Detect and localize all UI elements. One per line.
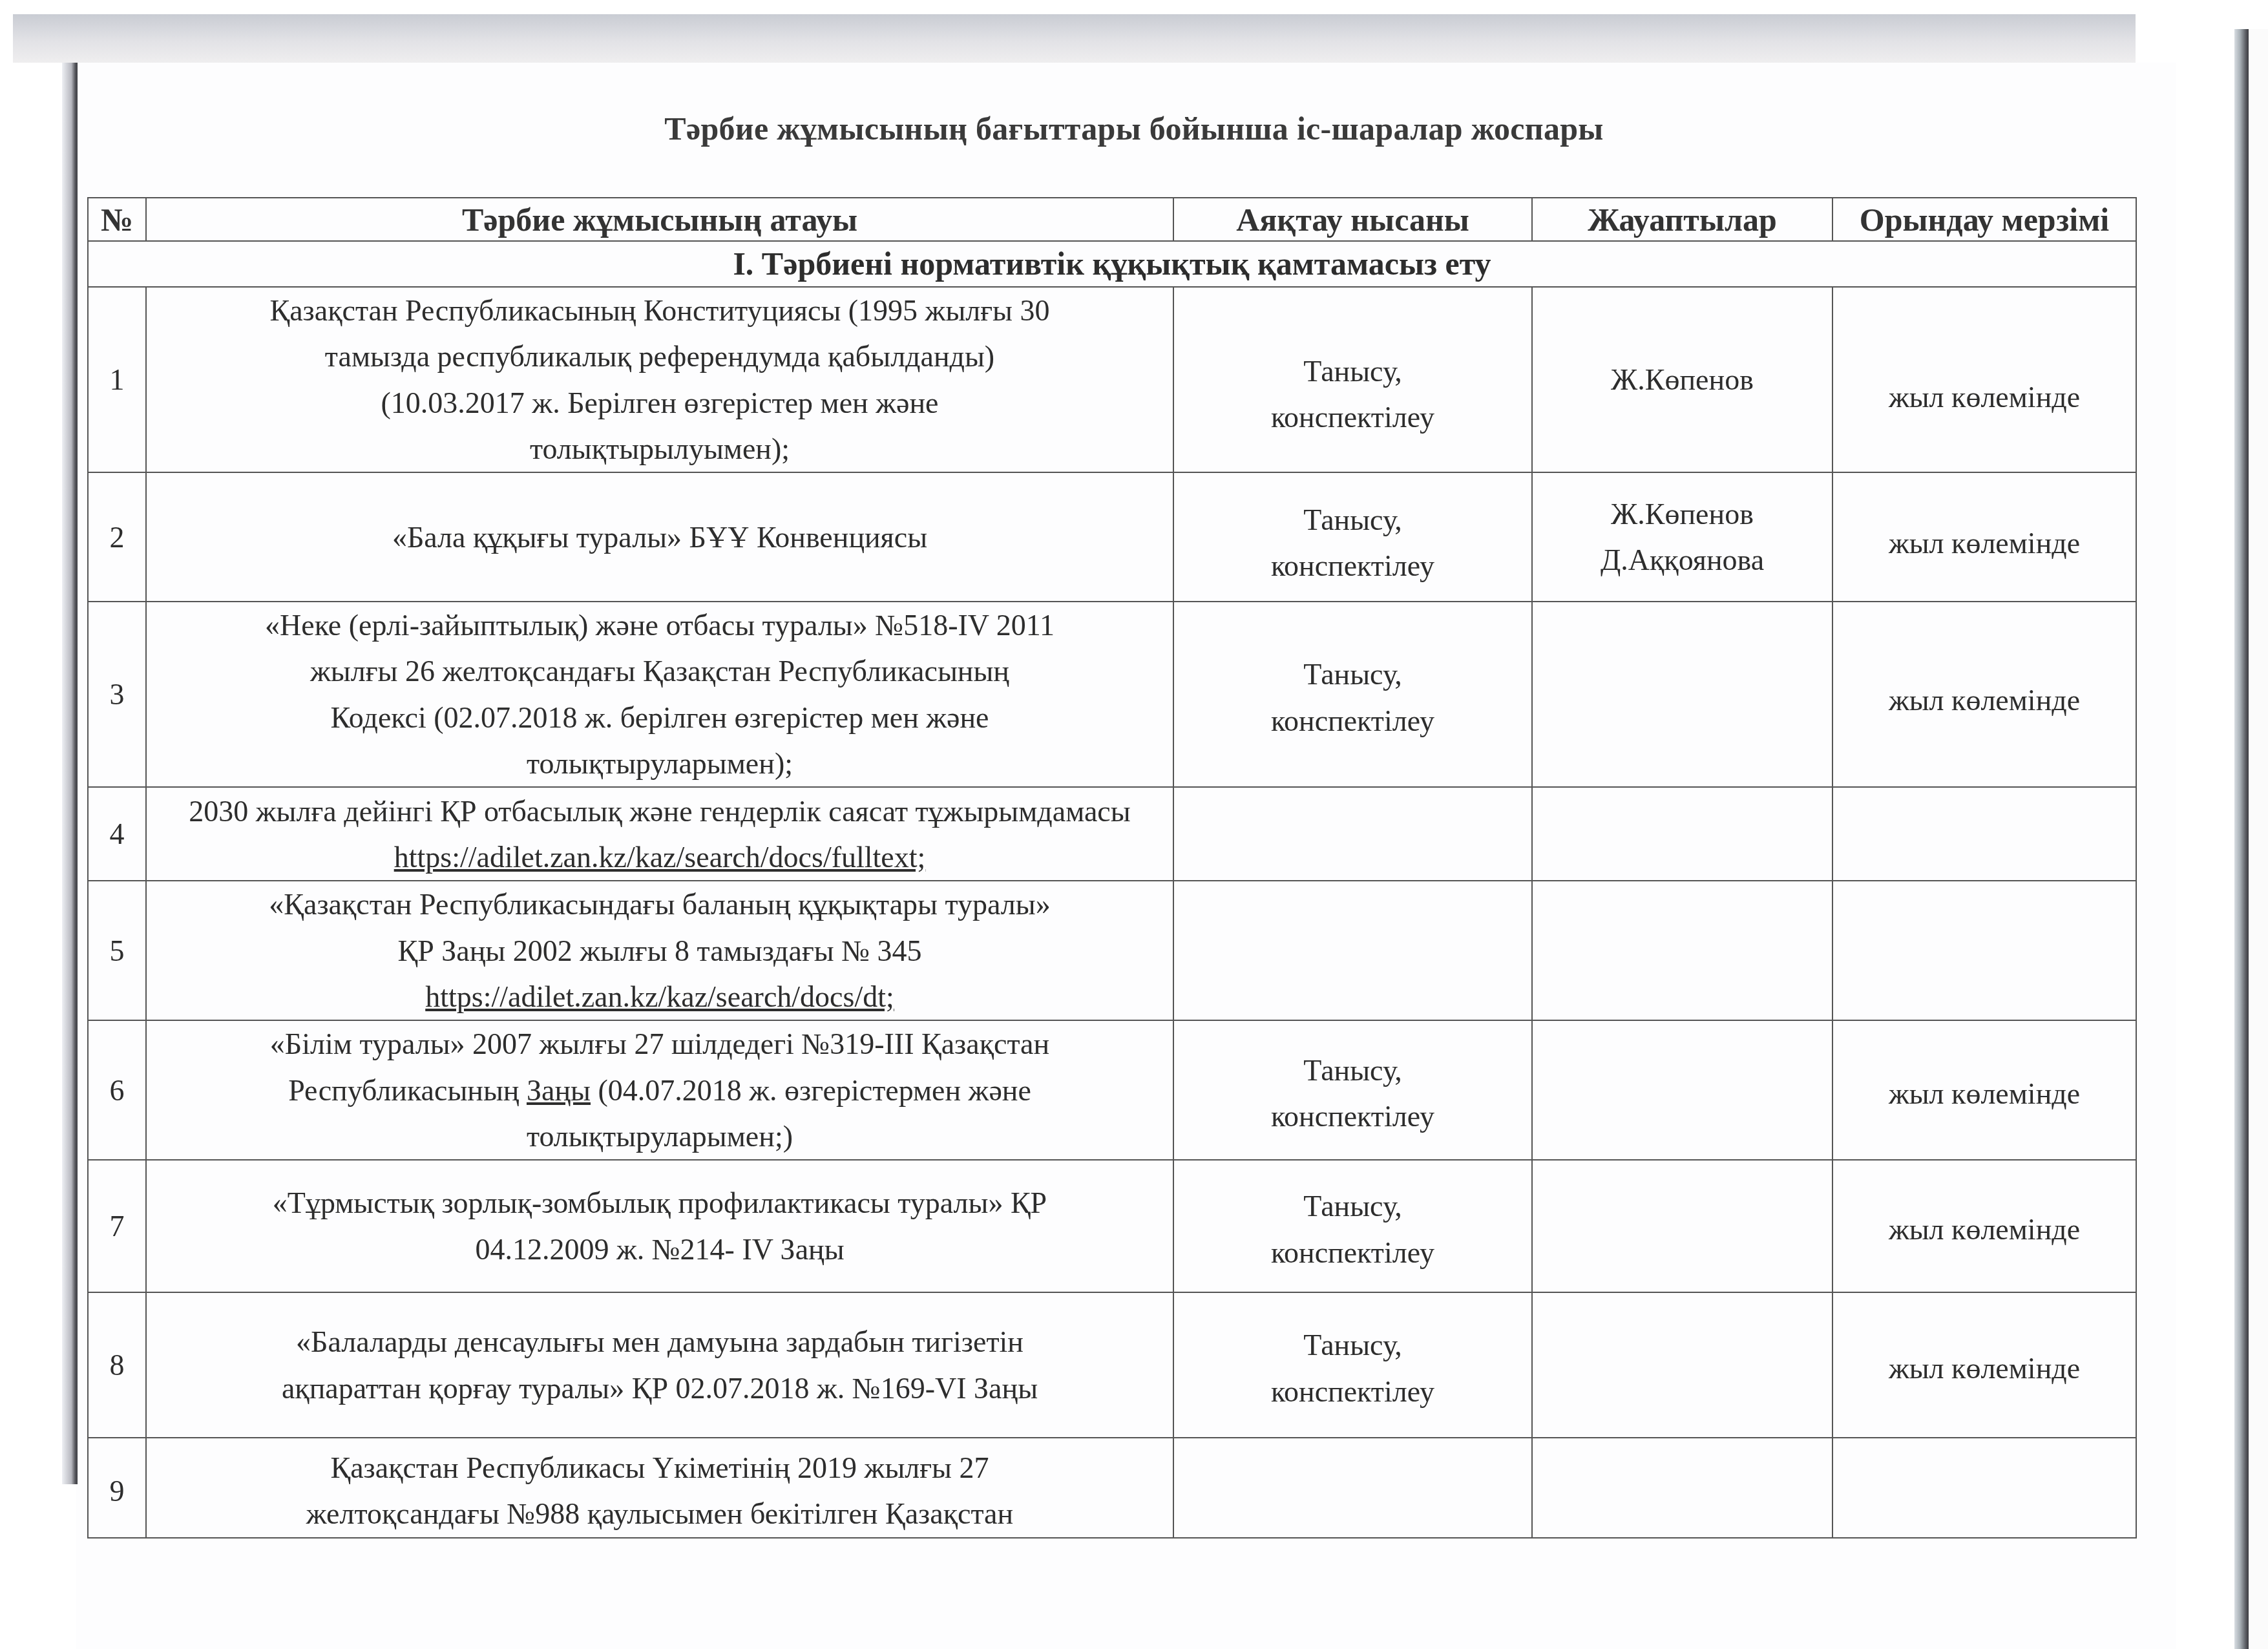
- row-number: 1: [88, 287, 146, 472]
- header-number: №: [88, 198, 146, 241]
- title-line: «Тұрмыстық зорлық-зомбылық профилактикас…: [152, 1180, 1168, 1226]
- activity-plan-table: № Тәрбие жұмысының атауы Аяқтау нысаны Ж…: [87, 197, 2137, 1539]
- row-number: 2: [88, 472, 146, 602]
- title-fragment: (04.07.2018 ж. өзгерістермен және: [598, 1074, 1031, 1107]
- title-line: желтоқсандағы №988 қаулысымен бекітілген…: [152, 1491, 1168, 1537]
- title-line: Республикасының Заңы (04.07.2018 ж. өзге…: [152, 1067, 1168, 1113]
- row-responsible: [1532, 787, 1832, 881]
- row-deadline: жыл көлемінде: [1832, 1160, 2136, 1292]
- row-title: «Балаларды денсаулығы мен дамуына зардаб…: [146, 1292, 1173, 1438]
- form-line: конспектілеу: [1179, 698, 1526, 744]
- row-completion-form: [1173, 1438, 1532, 1538]
- title-line: (10.03.2017 ж. Берілген өзгерістер мен ж…: [152, 380, 1168, 426]
- row-completion-form: [1173, 787, 1532, 881]
- title-line: толықтырылуымен);: [152, 426, 1168, 472]
- title-line: 04.12.2009 ж. №214- IV Заңы: [152, 1226, 1168, 1272]
- adilet-fulltext-link[interactable]: https://adilet.zan.kz/kaz/search/docs/fu…: [394, 841, 926, 874]
- row-completion-form: Танысу, конспектілеу: [1173, 1292, 1532, 1438]
- form-line: Танысу,: [1179, 1047, 1526, 1093]
- header-completion-form: Аяқтау нысаны: [1173, 198, 1532, 241]
- table-row: 8 «Балаларды денсаулығы мен дамуына зард…: [88, 1292, 2136, 1438]
- page-left-edge: [62, 63, 78, 1484]
- responsible-name: Ж.Көпенов: [1538, 357, 1827, 403]
- table-row: 6 «Білім туралы» 2007 жылғы 27 шілдедегі…: [88, 1020, 2136, 1160]
- table-row: 5 «Қазақстан Республикасындағы баланың қ…: [88, 881, 2136, 1020]
- form-line: Танысу,: [1179, 497, 1526, 543]
- row-deadline: [1832, 881, 2136, 1020]
- title-line: Қазақстан Республикасының Конституциясы …: [152, 288, 1168, 333]
- row-number: 5: [88, 881, 146, 1020]
- row-title: Қазақстан Республикасының Конституциясы …: [146, 287, 1173, 472]
- row-deadline: [1832, 787, 2136, 881]
- row-title: «Қазақстан Республикасындағы баланың құқ…: [146, 881, 1173, 1020]
- header-responsible: Жауаптылар: [1532, 198, 1832, 241]
- row-responsible: [1532, 1160, 1832, 1292]
- table-row: 4 2030 жылға дейінгі ҚР отбасылық және г…: [88, 787, 2136, 881]
- title-line: толықтыруларымен);: [152, 740, 1168, 786]
- row-title: 2030 жылға дейінгі ҚР отбасылық және ген…: [146, 787, 1173, 881]
- form-line: Танысу,: [1179, 651, 1526, 697]
- row-number: 4: [88, 787, 146, 881]
- row-number: 3: [88, 602, 146, 787]
- row-number: 8: [88, 1292, 146, 1438]
- row-responsible: [1532, 1292, 1832, 1438]
- title-line: «Неке (ерлі-зайыптылық) және отбасы тура…: [152, 602, 1168, 648]
- row-number: 7: [88, 1160, 146, 1292]
- row-responsible: Ж.Көпенов: [1532, 287, 1832, 472]
- section-heading: І. Тәрбиені нормативтік құқықтық қамтама…: [88, 241, 2136, 287]
- row-title: «Неке (ерлі-зайыптылық) және отбасы тура…: [146, 602, 1173, 787]
- title-fragment: Республикасының: [288, 1074, 519, 1107]
- row-completion-form: Танысу, конспектілеу: [1173, 1160, 1532, 1292]
- table-row: 1 Қазақстан Республикасының Конституцияс…: [88, 287, 2136, 472]
- title-line: жылғы 26 желтоқсандағы Қазақстан Республ…: [152, 648, 1168, 694]
- title-line: тамызда республикалық референдумда қабыл…: [152, 333, 1168, 379]
- page-right-margin: [2249, 29, 2268, 1649]
- adilet-dt-link[interactable]: https://adilet.zan.kz/kaz/search/docs/dt…: [425, 980, 894, 1013]
- row-responsible: [1532, 881, 1832, 1020]
- law-link[interactable]: Заңы: [527, 1074, 591, 1107]
- table-header-row: № Тәрбие жұмысының атауы Аяқтау нысаны Ж…: [88, 198, 2136, 241]
- row-completion-form: Танысу, конспектілеу: [1173, 602, 1532, 787]
- row-deadline: [1832, 1438, 2136, 1538]
- responsible-name: Д.Аққоянова: [1538, 537, 1827, 583]
- row-deadline: жыл көлемінде: [1832, 1292, 2136, 1438]
- responsible-name: Ж.Көпенов: [1538, 491, 1827, 537]
- title-line: «Бала құқығы туралы» БҰҰ Конвенциясы: [152, 514, 1168, 560]
- table-row: 9 Қазақстан Республикасы Үкіметінің 2019…: [88, 1438, 2136, 1538]
- row-number: 6: [88, 1020, 146, 1160]
- title-line: «Білім туралы» 2007 жылғы 27 шілдедегі №…: [152, 1021, 1168, 1067]
- title-line: ақпараттан қорғау туралы» ҚР 02.07.2018 …: [152, 1365, 1168, 1411]
- row-responsible: Ж.Көпенов Д.Аққоянова: [1532, 472, 1832, 602]
- form-line: конспектілеу: [1179, 1093, 1526, 1139]
- row-completion-form: [1173, 881, 1532, 1020]
- row-deadline: жыл көлемінде: [1832, 602, 2136, 787]
- form-line: конспектілеу: [1179, 543, 1526, 589]
- row-responsible: [1532, 1438, 1832, 1538]
- page-right-edge: [2234, 29, 2249, 1649]
- form-line: Танысу,: [1179, 1183, 1526, 1229]
- section-row: І. Тәрбиені нормативтік құқықтық қамтама…: [88, 241, 2136, 287]
- header-title: Тәрбие жұмысының атауы: [146, 198, 1173, 241]
- row-completion-form: Танысу, конспектілеу: [1173, 1020, 1532, 1160]
- row-completion-form: Танысу, конспектілеу: [1173, 472, 1532, 602]
- form-line: конспектілеу: [1179, 1230, 1526, 1276]
- title-line: толықтыруларымен;): [152, 1113, 1168, 1159]
- row-number: 9: [88, 1438, 146, 1538]
- title-line: Қазақстан Республикасы Үкіметінің 2019 ж…: [152, 1445, 1168, 1491]
- form-line: Танысу,: [1179, 1322, 1526, 1368]
- header-deadline: Орындау мерзімі: [1832, 198, 2136, 241]
- row-responsible: [1532, 602, 1832, 787]
- form-line: Танысу,: [1179, 348, 1526, 394]
- row-title: «Бала құқығы туралы» БҰҰ Конвенциясы: [146, 472, 1173, 602]
- row-title: Қазақстан Республикасы Үкіметінің 2019 ж…: [146, 1438, 1173, 1538]
- form-line: конспектілеу: [1179, 1369, 1526, 1414]
- table-row: 3 «Неке (ерлі-зайыптылық) және отбасы ту…: [88, 602, 2136, 787]
- title-line: ҚР Заңы 2002 жылғы 8 тамыздағы № 345: [152, 928, 1168, 974]
- form-line: конспектілеу: [1179, 394, 1526, 440]
- row-deadline: жыл көлемінде: [1832, 1020, 2136, 1160]
- table-row: 7 «Тұрмыстық зорлық-зомбылық профилактик…: [88, 1160, 2136, 1292]
- title-line: Кодексі (02.07.2018 ж. берілген өзгеріст…: [152, 695, 1168, 740]
- scanner-top-shadow: [13, 14, 2136, 63]
- row-title: «Білім туралы» 2007 жылғы 27 шілдедегі №…: [146, 1020, 1173, 1160]
- title-text: 2030 жылға дейінгі ҚР отбасылық және ген…: [189, 795, 1130, 828]
- row-completion-form: Танысу, конспектілеу: [1173, 287, 1532, 472]
- title-line: «Қазақстан Республикасындағы баланың құқ…: [152, 881, 1168, 927]
- row-title: «Тұрмыстық зорлық-зомбылық профилактикас…: [146, 1160, 1173, 1292]
- title-line: «Балаларды денсаулығы мен дамуына зардаб…: [152, 1319, 1168, 1365]
- row-responsible: [1532, 1020, 1832, 1160]
- row-deadline: жыл көлемінде: [1832, 287, 2136, 472]
- document-title: Тәрбие жұмысының бағыттары бойынша іс-ша…: [0, 110, 2268, 147]
- table-row: 2 «Бала құқығы туралы» БҰҰ Конвенциясы Т…: [88, 472, 2136, 602]
- row-deadline: жыл көлемінде: [1832, 472, 2136, 602]
